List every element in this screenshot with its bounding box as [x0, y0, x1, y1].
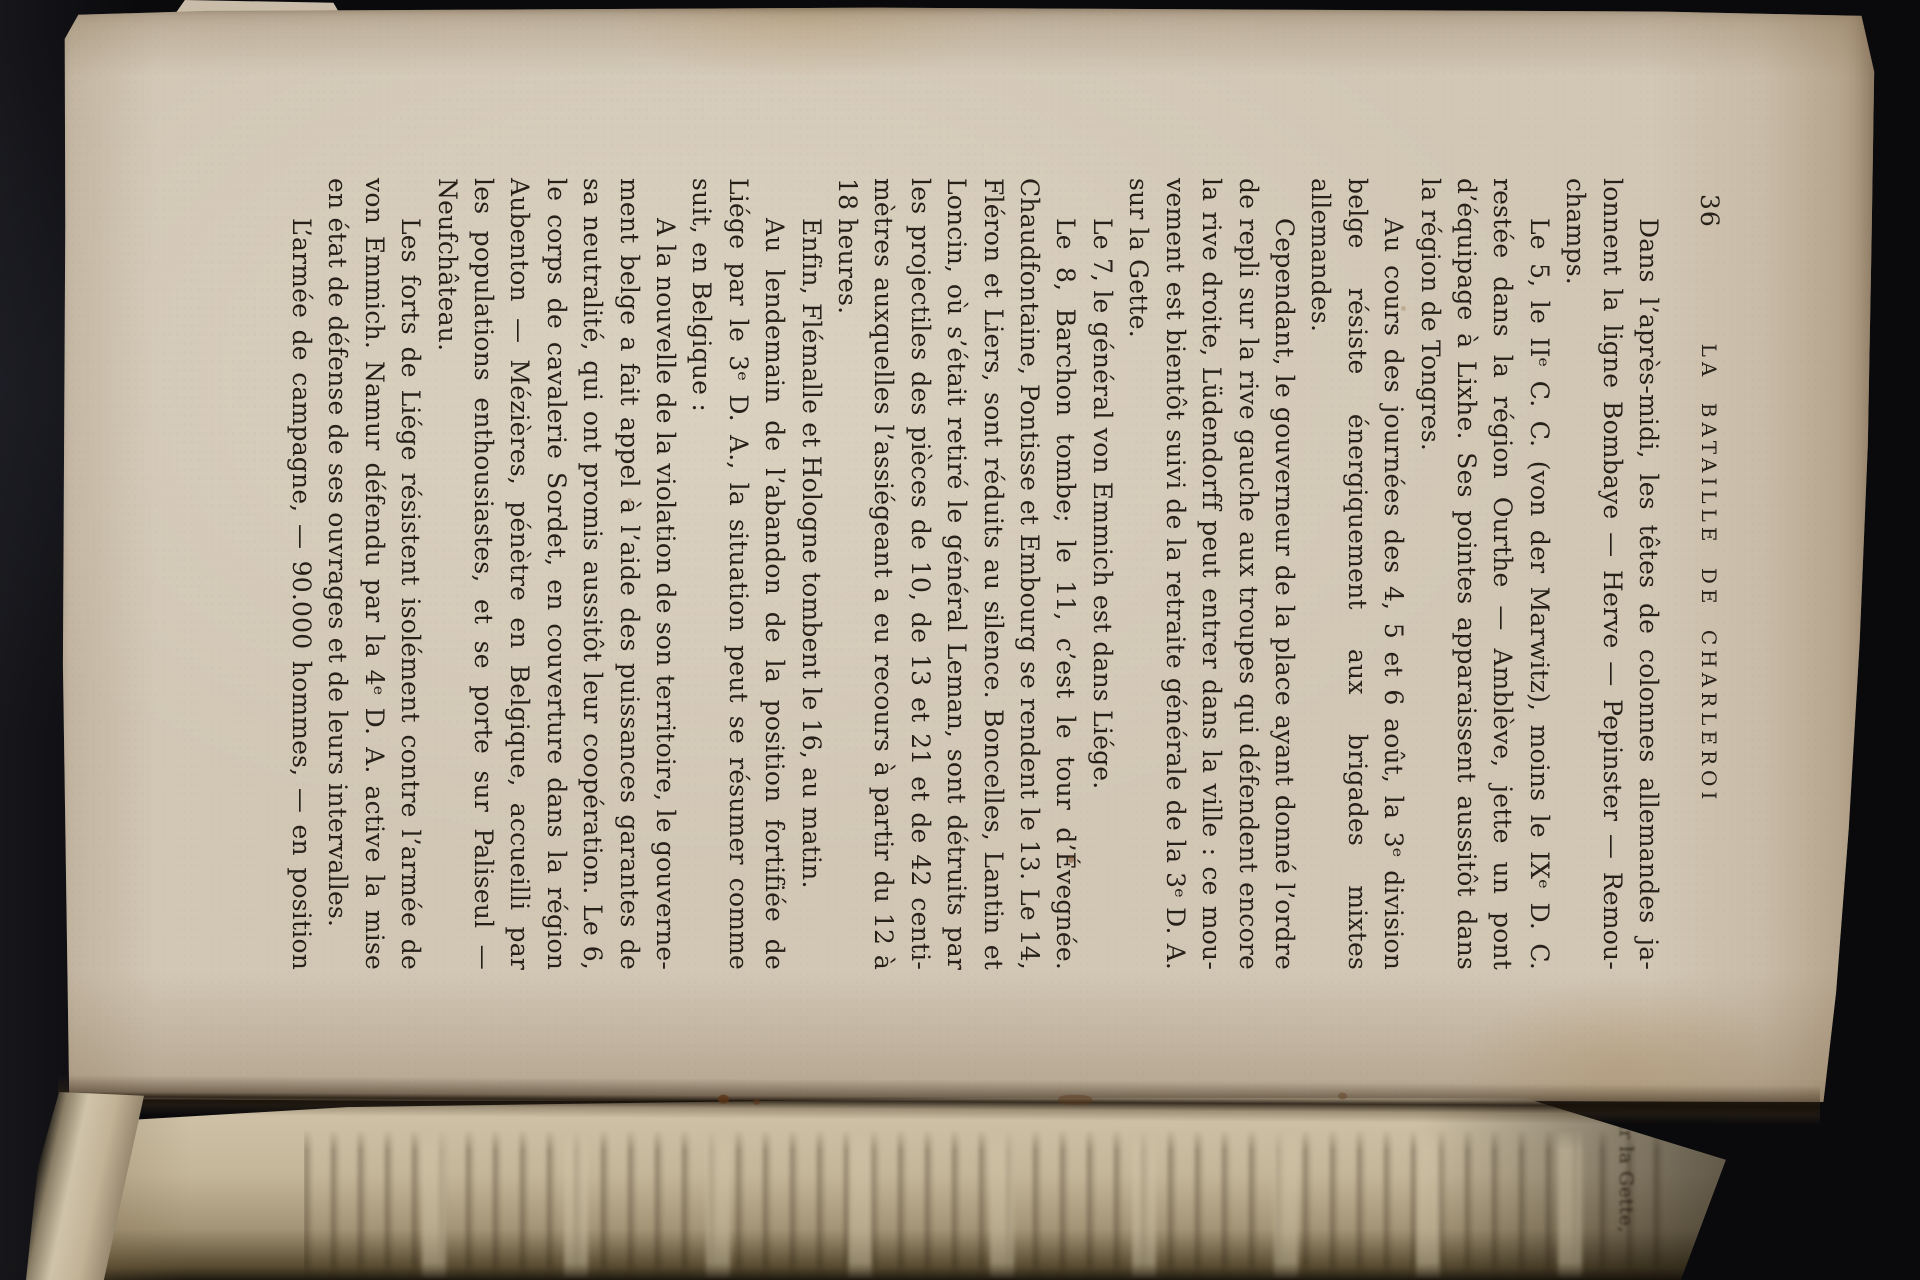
text-line: sa neutralité, qui ont promis aussitôt l…: [574, 178, 610, 970]
facing-page-blurred: sur la Gette,: [70, 1098, 1802, 1280]
text-line: Fléron et Liers, sont réduits au silence…: [974, 178, 1010, 970]
foxing-spot: [753, 1099, 760, 1105]
text-line: la rive droite, Lüdendorff peut entrer d…: [1193, 178, 1229, 970]
running-head-row: 36 LA BATAILLE DE CHARLEROI: [1694, 178, 1728, 970]
foxing-stain: [1058, 1095, 1092, 1105]
text-line: von Emmich. Namur défendu par la 4ᵉ D. A…: [355, 178, 391, 970]
text-line: de repli sur la rive gauche aux troupes …: [1229, 178, 1265, 970]
text-line: Dans l’après-midi, les têtes de colonnes…: [1630, 178, 1666, 970]
photo-of-open-book: 36 LA BATAILLE DE CHARLEROI Dans l’après…: [0, 0, 1920, 1280]
text-line: Enfin, Flémalle et Hologne tombent le 16…: [792, 178, 828, 970]
text-line: champs.: [1557, 178, 1593, 970]
text-line: Le 5, le IIᵉ C. C. (von der Marwitz), mo…: [1520, 178, 1556, 970]
text-line: 18 heures.: [829, 178, 865, 970]
text-line: belge résiste énergiquement aux brigades…: [1302, 178, 1375, 970]
foxing-spot: [718, 1095, 729, 1104]
text-line: lonnent la ligne Bombaye — Herve — Pepin…: [1593, 178, 1629, 970]
text-line: mètres auxquelles l’assiégeant a eu reco…: [865, 178, 901, 970]
running-head: LA BATAILLE DE CHARLEROI: [1697, 178, 1728, 970]
paragraph: Le 7, le général von Emmich est dans Lié…: [1084, 178, 1120, 970]
paragraph: L’armée de campagne, — 90.000 hommes, — …: [283, 178, 319, 970]
paper-speck: [627, 498, 632, 504]
text-line: Liége par le 3ᵉ D. A., la situation peut…: [719, 178, 755, 970]
paragraph: Le 5, le IIᵉ C. C. (von der Marwitz), mo…: [1411, 178, 1557, 970]
text-line: Aubenton — Mézières, pénètre en Belgique…: [501, 178, 537, 970]
text-line: les projectiles des pièces de 10, de 13 …: [901, 178, 937, 970]
paragraph: Dans l’après-midi, les têtes de colonnes…: [1557, 178, 1666, 970]
text-line: ment belge a fait appel à l’aide des pui…: [610, 178, 646, 970]
facing-page-blurred-text-columns: [304, 1129, 1681, 1280]
book-page-36: 36 LA BATAILLE DE CHARLEROI Dans l’après…: [62, 6, 1876, 1102]
text-line: restée dans la région Ourthe — Amblève, …: [1484, 178, 1520, 970]
text-line: A la nouvelle de la violation de son ter…: [647, 178, 683, 970]
text-line: Cependant, le gouverneur de la place aya…: [1266, 178, 1302, 970]
text-line: Loncin, où s’était retiré le général Lem…: [938, 178, 974, 970]
paragraph: Au cours des journées des 4, 5 et 6 août…: [1302, 178, 1411, 970]
page-body-text: Dans l’après-midi, les têtes de colonnes…: [283, 178, 1666, 970]
text-line: L’armée de campagne, — 90.000 hommes, — …: [283, 178, 319, 970]
text-line: Le 7, le général von Emmich est dans Lié…: [1084, 178, 1120, 970]
text-line: d’équipage à Lixhe. Ses pointes apparais…: [1448, 178, 1484, 970]
paragraph: A la nouvelle de la violation de son ter…: [428, 178, 683, 970]
rotated-page-content: 36 LA BATAILLE DE CHARLEROI Dans l’après…: [62, 6, 1876, 1102]
foxing-spot: [1338, 1092, 1347, 1099]
paragraph: Au lendemain de l’abandon de la position…: [683, 178, 792, 970]
text-line: Neufchâteau.: [428, 178, 464, 970]
text-line: suit, en Belgique :: [683, 178, 719, 970]
text-line: Le 8, Barchon tombe; le 11, c’est le tou…: [1047, 178, 1083, 970]
paper-speck: [1068, 856, 1074, 863]
paragraph: Les forts de Liége résistent isolément c…: [319, 178, 428, 970]
text-line: les populations enthousiastes, et se por…: [465, 178, 501, 970]
paragraph: Le 8, Barchon tombe; le 11, c’est le tou…: [829, 178, 1084, 970]
text-line: sur la Gette.: [1120, 178, 1156, 970]
text-line: vement est bientôt suivi de la retraite …: [1156, 178, 1192, 970]
text-line: le corps de cavalerie Sordet, en couvert…: [537, 178, 573, 970]
text-line: Au lendemain de l’abandon de la position…: [756, 178, 792, 970]
paragraph: Cependant, le gouverneur de la place aya…: [1120, 178, 1302, 970]
paragraph: Enfin, Flémalle et Hologne tombent le 16…: [792, 178, 828, 970]
text-line: Chaudfontaine, Pontisse et Embourg se re…: [1011, 178, 1047, 970]
page-number: 36: [1695, 194, 1724, 228]
text-line: la région de Tongres.: [1411, 178, 1447, 970]
text-line: Au cours des journées des 4, 5 et 6 août…: [1375, 178, 1411, 970]
text-line: en état de défense de ses ouvrages et de…: [319, 178, 355, 970]
text-line: Les forts de Liége résistent isolément c…: [392, 178, 428, 970]
paper-speck: [1401, 306, 1406, 311]
